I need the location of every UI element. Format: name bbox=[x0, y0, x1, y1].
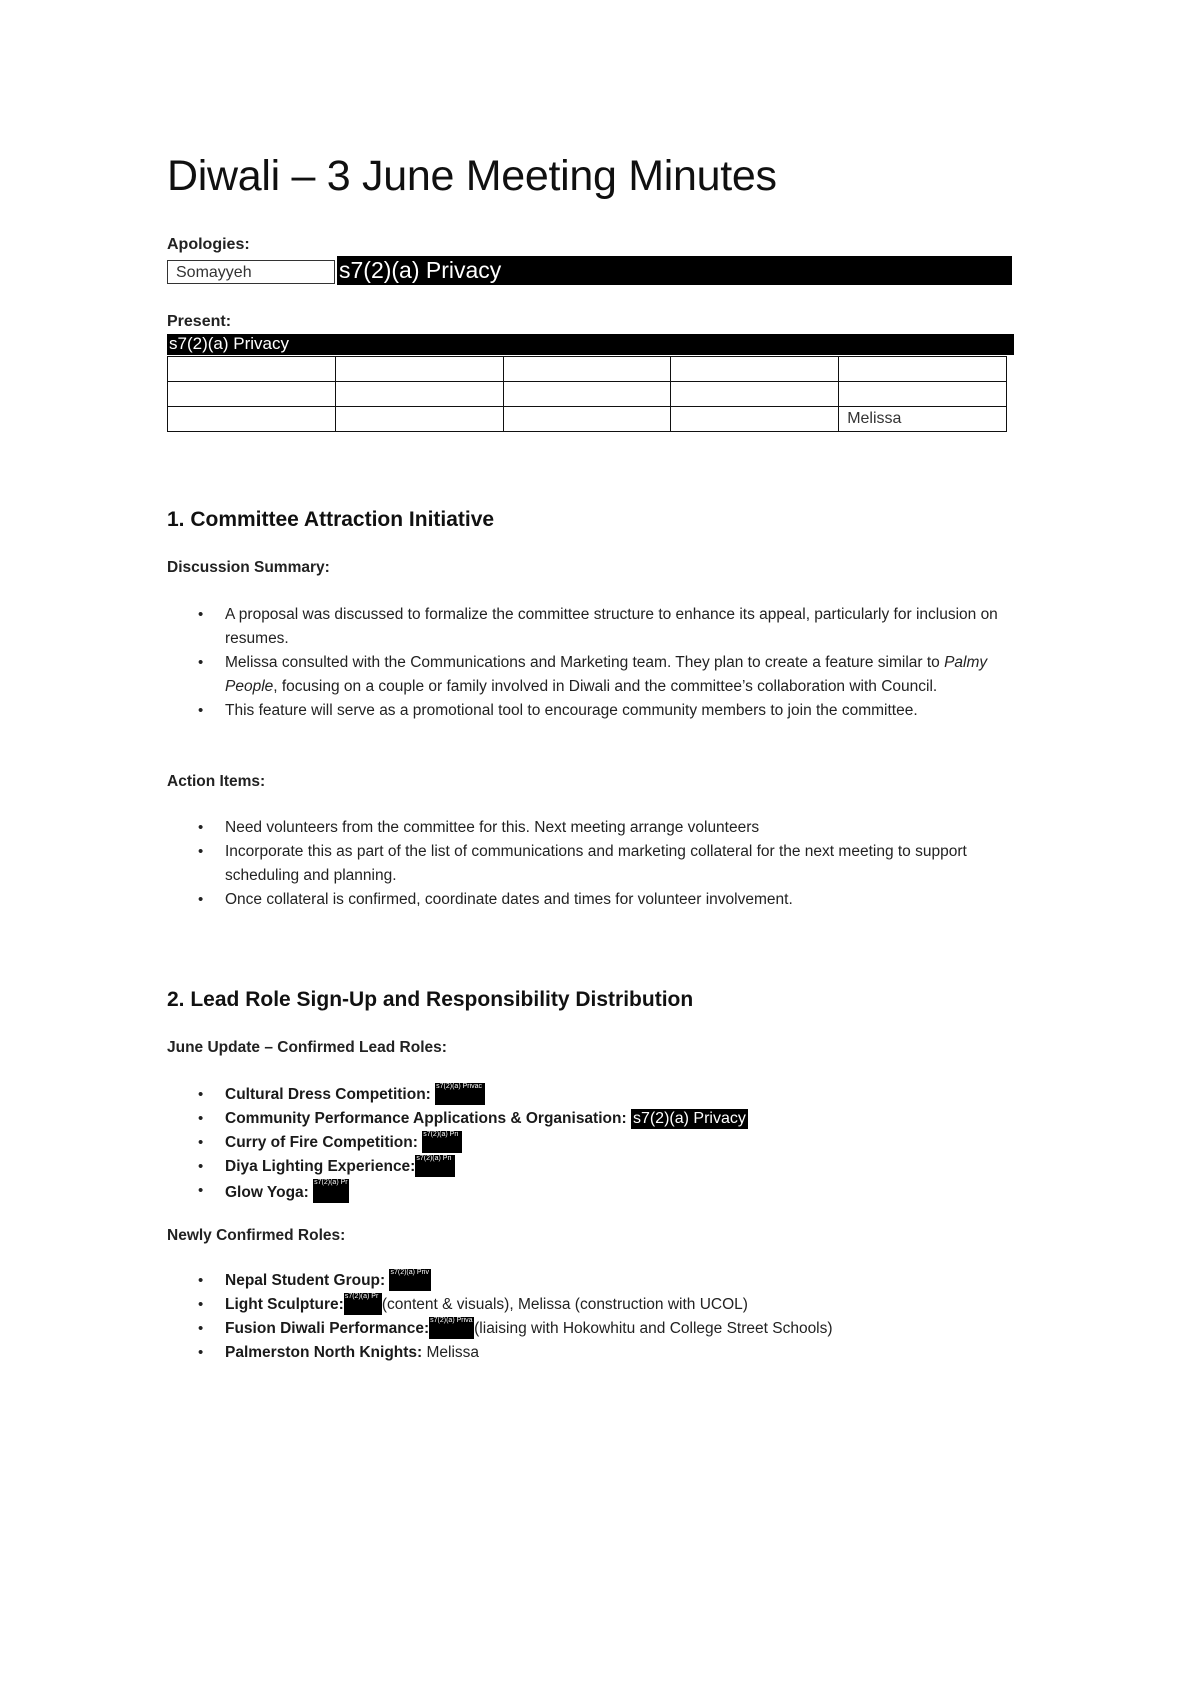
apologies-redaction: s7(2)(a) Privacy bbox=[337, 256, 1012, 285]
table-cell bbox=[839, 357, 1007, 382]
table-cell: Melissa bbox=[839, 407, 1007, 432]
role-name: Curry of Fire Competition: bbox=[225, 1134, 418, 1151]
apologies-name-cell: Somayyeh bbox=[167, 260, 335, 284]
name-redaction: s7(2)(a) Priva bbox=[429, 1317, 474, 1339]
table-cell bbox=[168, 407, 336, 432]
table-cell bbox=[503, 407, 671, 432]
list-item: Once collateral is confirmed, coordinate… bbox=[198, 888, 998, 912]
name-redaction: s7(2)(a) Pri bbox=[415, 1155, 455, 1177]
table-cell bbox=[335, 357, 503, 382]
role-detail: (liaising with Hokowhitu and College Str… bbox=[474, 1320, 832, 1337]
section-2-heading: 2. Lead Role Sign-Up and Responsibility … bbox=[167, 988, 693, 1012]
list-item: Incorporate this as part of the list of … bbox=[198, 840, 998, 888]
table-cell bbox=[839, 382, 1007, 407]
june-update-label: June Update – Confirmed Lead Roles: bbox=[167, 1039, 447, 1057]
role-name: Community Performance Applications & Org… bbox=[225, 1110, 627, 1127]
present-attendees-table: Melissa bbox=[167, 356, 1007, 432]
role-name: Diya Lighting Experience: bbox=[225, 1158, 415, 1175]
list-item: This feature will serve as a promotional… bbox=[198, 699, 998, 723]
list-item: Melissa consulted with the Communication… bbox=[198, 651, 998, 699]
table-cell bbox=[671, 407, 839, 432]
list-item-text: Melissa consulted with the Communication… bbox=[225, 654, 944, 671]
name-redaction: s7(2)(a) Privac bbox=[435, 1083, 485, 1105]
list-item-text: , focusing on a couple or family involve… bbox=[273, 678, 937, 695]
name-redaction: s7(2)(a) Pr bbox=[313, 1179, 349, 1203]
table-cell bbox=[335, 382, 503, 407]
list-item: Nepal Student Group: s7(2)(a) Priv bbox=[198, 1269, 998, 1293]
list-item: Light Sculpture:s7(2)(a) Pr(content & vi… bbox=[198, 1293, 998, 1317]
name-redaction: s7(2)(a) Priv bbox=[389, 1269, 431, 1291]
role-name: Palmerston North Knights: bbox=[225, 1344, 422, 1361]
list-item: A proposal was discussed to formalize th… bbox=[198, 603, 998, 651]
present-label: Present: bbox=[167, 313, 231, 331]
role-name: Cultural Dress Competition: bbox=[225, 1086, 431, 1103]
list-item: Need volunteers from the committee for t… bbox=[198, 816, 998, 840]
table-cell bbox=[671, 357, 839, 382]
present-redaction: s7(2)(a) Privacy bbox=[167, 334, 1014, 355]
list-item: Palmerston North Knights: Melissa bbox=[198, 1341, 998, 1365]
table-row bbox=[168, 357, 1007, 382]
table-row bbox=[168, 382, 1007, 407]
newly-confirmed-label: Newly Confirmed Roles: bbox=[167, 1227, 345, 1245]
june-roles-list: Cultural Dress Competition: s7(2)(a) Pri… bbox=[198, 1083, 998, 1205]
table-cell bbox=[503, 382, 671, 407]
table-cell bbox=[335, 407, 503, 432]
list-item: Community Performance Applications & Org… bbox=[198, 1107, 998, 1131]
new-roles-list: Nepal Student Group: s7(2)(a) Priv Light… bbox=[198, 1269, 998, 1365]
action-items-list: Need volunteers from the committee for t… bbox=[198, 816, 998, 912]
table-cell bbox=[503, 357, 671, 382]
name-redaction: s7(2)(a) Pri bbox=[422, 1131, 462, 1153]
apologies-label: Apologies: bbox=[167, 236, 250, 254]
table-cell bbox=[168, 357, 336, 382]
role-detail: (content & visuals), Melissa (constructi… bbox=[382, 1296, 748, 1313]
name-redaction: s7(2)(a) Pr bbox=[344, 1293, 382, 1315]
role-name: Light Sculpture: bbox=[225, 1296, 344, 1313]
discussion-summary-label: Discussion Summary: bbox=[167, 559, 330, 577]
discussion-list: A proposal was discussed to formalize th… bbox=[198, 603, 998, 723]
list-item: Cultural Dress Competition: s7(2)(a) Pri… bbox=[198, 1083, 998, 1107]
role-detail: Melissa bbox=[422, 1344, 479, 1361]
action-items-label: Action Items: bbox=[167, 773, 265, 791]
table-cell bbox=[168, 382, 336, 407]
section-1-heading: 1. Committee Attraction Initiative bbox=[167, 508, 494, 532]
list-item: Diya Lighting Experience:s7(2)(a) Pri bbox=[198, 1155, 998, 1179]
table-row: Melissa bbox=[168, 407, 1007, 432]
list-item: Fusion Diwali Performance:s7(2)(a) Priva… bbox=[198, 1317, 998, 1341]
page-title: Diwali – 3 June Meeting Minutes bbox=[167, 152, 777, 201]
table-cell bbox=[671, 382, 839, 407]
role-name: Glow Yoga: bbox=[225, 1184, 309, 1201]
list-item: Curry of Fire Competition: s7(2)(a) Pri bbox=[198, 1131, 998, 1155]
role-name: Nepal Student Group: bbox=[225, 1272, 385, 1289]
name-redaction: s7(2)(a) Privacy bbox=[631, 1109, 748, 1129]
role-name: Fusion Diwali Performance: bbox=[225, 1320, 429, 1337]
document-page: Diwali – 3 June Meeting Minutes Apologie… bbox=[0, 0, 1190, 1684]
list-item: Glow Yoga: s7(2)(a) Pr bbox=[198, 1179, 998, 1205]
